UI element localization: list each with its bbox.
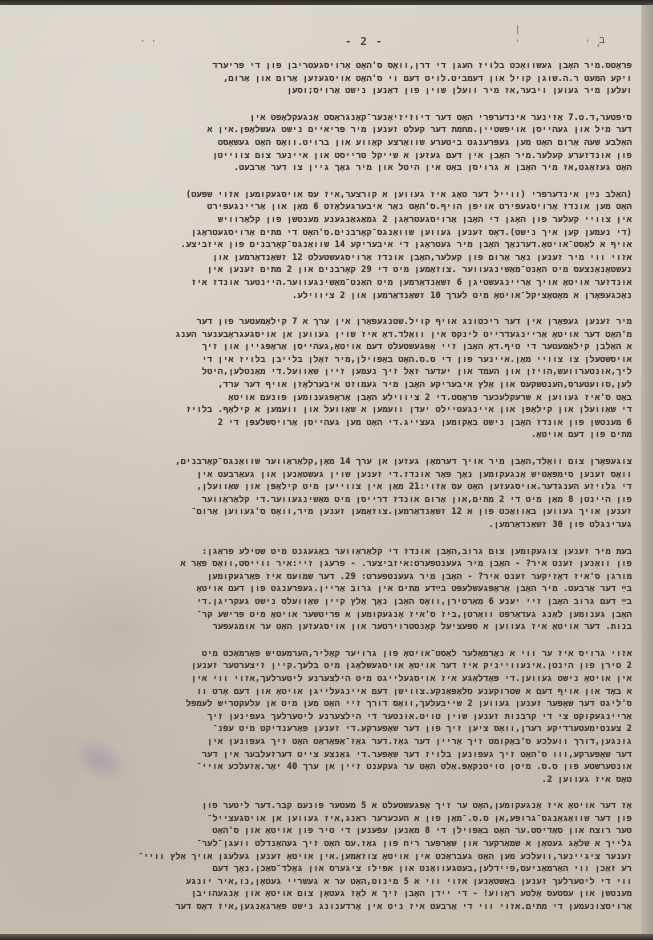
typewriter-mark: ' [515, 39, 520, 49]
page-header: · · - 2 - | ' ' , ב [0, 35, 643, 51]
text-line: 6 מענטשן פון אונדז האָבן נישט באַקומען ג… [14, 417, 632, 430]
paragraph: סיפטער,ד.ט.7 אַזינער אינדערפרי האָט דער … [14, 112, 632, 175]
text-line: ליך,אונטערוועש,הויזן און העמד און יעדער … [14, 366, 632, 379]
text-line: דער מיל און געהייסן אויפשטיין.מחמת דער ק… [14, 124, 632, 137]
text-line: אין אויטאָ נישט געווען.די פּאָדלאָגע איז… [14, 673, 632, 686]
text-line: א באָד און אויף דעם א שטרוקענע סלאָפּאַנ… [14, 686, 632, 699]
text-line: ס'ליגט דער שאָפער זענען געווען 2 שייבעלע… [14, 698, 632, 711]
text-line: (האַלב נײַן אינדערפרי (ווייל דער טאָג אי… [14, 189, 632, 202]
text-line: פון היינטן 8 מאַן מיט די 2 מתים,און אַרו… [14, 494, 632, 507]
corner-mark: ב [599, 35, 605, 47]
text-line: באַט ס'איז געווען א שרעקלעכער פראָסט.די … [14, 392, 632, 405]
page-number: - 2 - [345, 35, 383, 48]
text-line: וואָס זענען סימפּאַטיש אָנגעקומען נאָך פ… [14, 469, 632, 482]
paragraph: צוגעפאָרן צום וואַלד,האָבן מיר אויך דערמ… [14, 456, 632, 532]
text-line: אַריינגעקוקט צי די קרבנות זענען שוין טוי… [14, 711, 632, 724]
text-line: (די נעמען קען איך נישט).דאָס זענען געווע… [14, 227, 632, 240]
text-line: אזוי גרויס איז ער ווי א נאָרמאַלער לאַסט… [14, 648, 632, 661]
text-line: בײַ דעם גרוב האָבן זיי יענע 6 מאַרטירן,ו… [14, 596, 632, 609]
text-line: די שאַוועלן און קילאָפן און איינגעטיילט … [14, 404, 632, 417]
text-line: פון אונדזערע קעלער.מיר האָבן אין דעם געז… [14, 150, 632, 163]
text-line: ויקע המעט ר.ה.שוגן קויל און דעמביט.לויט … [14, 73, 632, 86]
text-line: אויף א לאַסט־אויטאָ.דערנאָך האָבן מיר גע… [14, 239, 632, 252]
text-line: 2 צענטימעטערדיקע רערן,וואָס ציען זיך פון… [14, 723, 632, 736]
text-line: פון וואַנען זענט איר? - האָבן מיר געענטפ… [14, 558, 632, 571]
text-line: מורגן ס'איז דאָזיקער זענט איר? - האָבן מ… [14, 571, 632, 584]
paragraph: מיר זענען געפאָרן אין דער ריכטונג אויף ק… [14, 316, 632, 442]
text-line: האָט געזאָגט,אז מיר האָבן א גרויסן באַט … [14, 162, 632, 175]
text-line: האַלבע שעה אַרום האָט מען געפּרענגט ביטע… [14, 137, 632, 150]
text-line: בײַ דער אַרבעט. מיר האָבן אַראָפּגעשלעפּ… [14, 583, 632, 596]
text-line: גונגען,דורך וועלכע ס'באַקומט זיך אַריין … [14, 736, 632, 749]
typewriter-mark: | [515, 25, 520, 35]
paragraph: בעת מיר זענען צוגעקומען צום גרוב,האָבן א… [14, 546, 632, 634]
text-line: זענער ציגיינער,וועלכע מען האָט געבראַכט … [14, 851, 632, 864]
text-line: 2 טירן פון הינטן.אינעווייניק איז דער אוי… [14, 660, 632, 673]
text-line: פראָטס.מיר האָבן געשוואָכט בלויז העגן די… [14, 60, 632, 73]
text-line: לען,סוועטערס,הענטשקעס און אַלץ איבעריקע … [14, 379, 632, 392]
text-line: מתים פון דעם אויטאָ. [14, 429, 632, 442]
text-line: אַז דער אויטאָ איז אָנגעקומען,האָט ער זי… [14, 800, 632, 813]
text-line: טאָס איז געווען 2. [14, 774, 632, 787]
text-line: פון דער שוואַגאַנגס־גרופּע,אן ס.ס.־מאַן … [14, 813, 632, 826]
text-line: נעשטאַנאַנצעס מיט האַנט־מאַשינגעווער .צו… [14, 264, 632, 277]
text-line: טער רוצח און סאַדיסט.ער האָט באַפוילן די… [14, 825, 632, 838]
text-line: מיר זענען געפאָרן אין דער ריכטונג אויף ק… [14, 316, 632, 329]
paragraph: אַז דער אויטאָ איז אָנגעקומען,האָט ער זי… [14, 800, 632, 913]
text-line: אויסשטעלן צו צוויי מאַן.איינער פון די ס.… [14, 354, 632, 367]
text-line: ווי די ליטערלעך זענען באַשטאַנען אזוי וו… [14, 876, 632, 889]
text-line: זענען אויך געווען באַוואַכט פון א 12 זשא… [14, 506, 632, 519]
text-line: גערינגלט פון 30 זשאַנדאַרמען. [14, 519, 632, 532]
text-line: מ'האָט דער אויטאָ אַריינגעדרייט לינקס אי… [14, 329, 632, 342]
text-line: ועלען מיר געוען ויבער,אז מיר וועלן שוין … [14, 85, 632, 98]
document-body: פראָטס.מיר האָבן געשוואָכט בלויז העגן די… [14, 60, 632, 928]
photo-right-edge [641, 5, 653, 935]
paragraph: פראָטס.מיר האָבן געשוואָכט בלויז העגן די… [14, 60, 632, 98]
paragraph: (האַלב נײַן אינדערפרי (ווייל דער טאָג אי… [14, 189, 632, 302]
text-line: אזוי ווי מיר זענען נאָר אַרום פון קעלער,… [14, 252, 632, 265]
document-page: · · - 2 - | ' ' , ב פראָטס.מיר האָבן געש… [0, 5, 643, 935]
text-line: בנות. דער אויטאָ איז געווען א ספּעציעל ק… [14, 621, 632, 634]
text-line: בעת מיר זענען צוגעקומען צום גרוב,האָבן א… [14, 546, 632, 559]
text-line: דער שאָפערקע,ווו ס'האָט זיך געפונען בלוי… [14, 749, 632, 762]
paragraph: אזוי גרויס איז ער ווי א נאָרמאַלער לאַסט… [14, 648, 632, 787]
text-line: מענטשן און עסטעס אַלטע ראַווע! - די ייִד… [14, 888, 632, 901]
typewriter-mark: · · [140, 37, 156, 47]
text-line: גלייך א שלאָג געטאָן א שמאַרקער און שאַר… [14, 838, 632, 851]
text-line: נאָכגעפאָרן א מאָטאָציקל־אויטאָ מיט לערך… [14, 290, 632, 303]
text-line: האָבן גענומען לאַנג געדאַרפט וואַרטן,ביז… [14, 609, 632, 622]
text-line: אין צוויי קעלער פון האָגן די האָבן אַרוי… [14, 214, 632, 227]
text-line: א האַלבן קילאָמעטער די טיף.דאָ האָבן זיי… [14, 341, 632, 354]
text-line: רע זאַכן ווי האַרמאָניעס,פיידלען,בעטגעוו… [14, 863, 632, 876]
text-line: אונטערשטע פון ס.ס. מיטן טויטנקאָפּ.אַלט … [14, 761, 632, 774]
text-line: די גלויזע הענגדער.אויסגעזען האָט עס אַזו… [14, 481, 632, 494]
text-line: סיפטער,ד.ט.7 אַזינער אינדערפרי האָט דער … [14, 112, 632, 125]
text-line: אונדזער אויטאָ אויך אַריינגעשטיגן 6 זשאַ… [14, 277, 632, 290]
text-line: אַרויסצונעמען די מתים.אזוי ווי די אַרבעט… [14, 901, 632, 914]
text-line: צוגעפאָרן צום וואַלד,האָבן מיר אויך דערמ… [14, 456, 632, 469]
text-line: האָט מען אונדז אַרויסגעפירט אויפן הויף.ס… [14, 201, 632, 214]
photo-bottom-edge [0, 934, 653, 940]
